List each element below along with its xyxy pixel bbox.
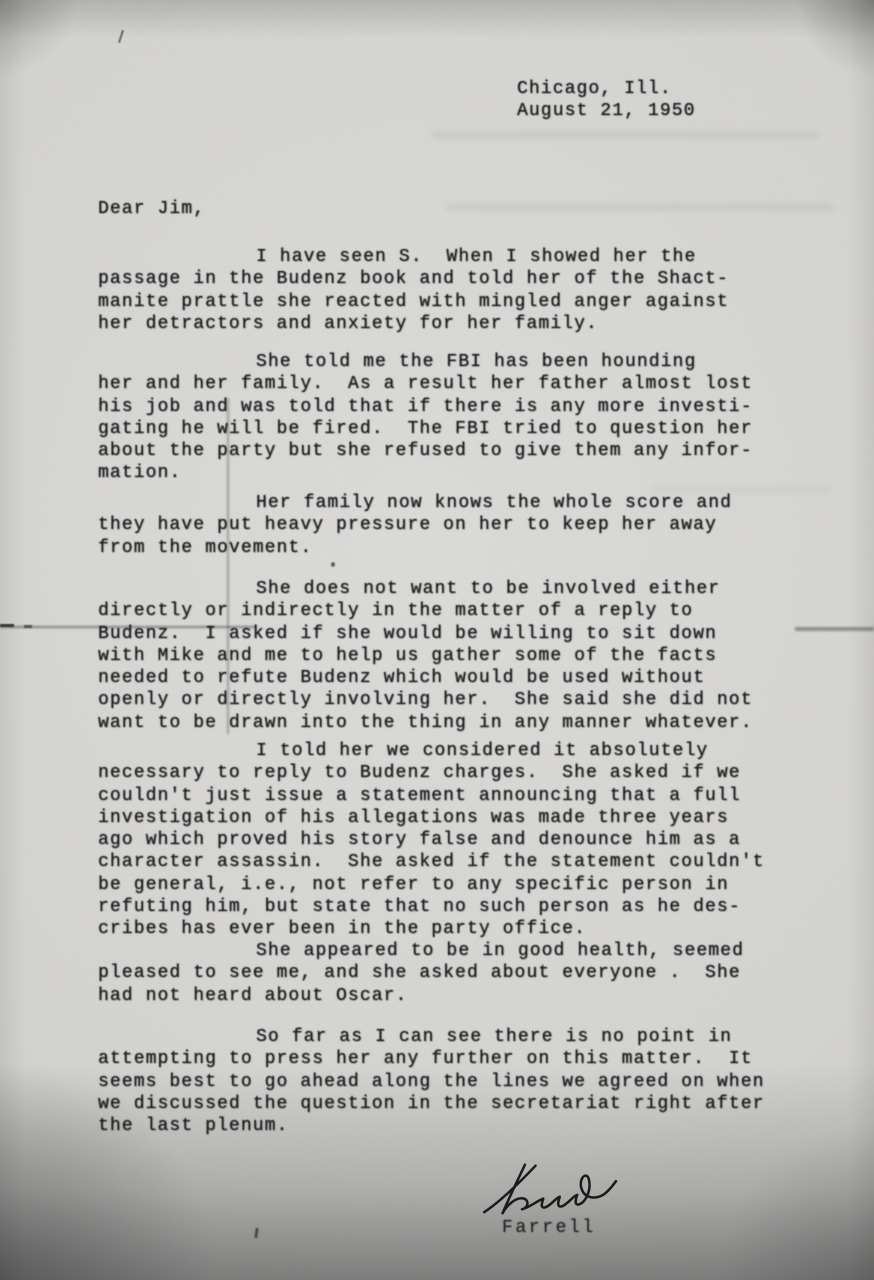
dateline-city: Chicago, Ill. [517, 78, 696, 100]
letter-line: couldn't just issue a statement announci… [98, 785, 765, 807]
typed-signature: Farrell [502, 1218, 596, 1238]
letter-line: about the party but she refused to give … [98, 440, 753, 462]
scanned-letter-page: { "letter": { "dateline": ["Chicago, Ill… [0, 0, 874, 1280]
paragraph: She told me the FBI has been houndingher… [98, 351, 753, 485]
letter-line: I have seen S. When I showed her the [98, 246, 729, 268]
letter-line: She told me the FBI has been hounding [98, 351, 753, 373]
letter-line: refuting him, but state that no such per… [98, 896, 765, 918]
handwritten-signature [480, 1156, 626, 1218]
paragraph: She does not want to be involved eitherd… [98, 578, 753, 734]
letter-line: her and her family. As a result her fath… [98, 373, 753, 395]
paragraph: So far as I can see there is no point in… [98, 1026, 765, 1137]
letter-line: Her family now knows the whole score and [98, 492, 732, 514]
letter-line: directly or indirectly in the matter of … [98, 600, 753, 622]
letter-line: Budenz. I asked if she would be willing … [98, 623, 753, 645]
letter-line: with Mike and me to help us gather some … [98, 645, 753, 667]
paragraph: I have seen S. When I showed her thepass… [98, 246, 729, 335]
letter-line: from the movement. [98, 537, 732, 559]
paragraph: I told her we considered it absolutelyne… [98, 740, 765, 941]
letter-line: ago which proved his story false and den… [98, 829, 765, 851]
letter-line: her detractors and anxiety for her famil… [98, 313, 729, 335]
letter-line: I told her we considered it absolutely [98, 740, 765, 762]
letter-line: the last plenum. [98, 1115, 765, 1137]
letter-line: necessary to reply to Budenz charges. Sh… [98, 762, 765, 784]
letter-line: manite prattle she reacted with mingled … [98, 291, 729, 313]
letter-line: character assassin. She asked if the sta… [98, 851, 765, 873]
letter-line: had not heard about Oscar. [98, 985, 744, 1007]
letter-line: be general, i.e., not refer to any speci… [98, 874, 765, 896]
paragraph: She appeared to be in good health, seeme… [98, 940, 744, 1007]
letter-line: passage in the Budenz book and told her … [98, 268, 729, 290]
dateline: Chicago, Ill. August 21, 1950 [517, 78, 696, 123]
paragraph: Her family now knows the whole score and… [98, 492, 732, 559]
letter-line: attempting to press her any further on t… [98, 1048, 765, 1070]
dateline-date: August 21, 1950 [517, 100, 696, 122]
letter-line: pleased to see me, and she asked about e… [98, 962, 744, 984]
letter-line: She appeared to be in good health, seeme… [98, 940, 744, 962]
salutation: Dear Jim, [98, 198, 205, 220]
letter-line: So far as I can see there is no point in [98, 1026, 765, 1048]
letter-line: She does not want to be involved either [98, 578, 753, 600]
letter-line: they have put heavy pressure on her to k… [98, 514, 732, 536]
letter-line: cribes has ever been in the party office… [98, 918, 765, 940]
letter-line: mation. [98, 462, 753, 484]
letter-body: Chicago, Ill. August 21, 1950 Dear Jim, … [0, 0, 874, 1280]
letter-line: want to be drawn into the thing in any m… [98, 712, 753, 734]
letter-line: openly or directly involving her. She sa… [98, 689, 753, 711]
letter-line: seems best to go ahead along the lines w… [98, 1071, 765, 1093]
signature-block: Farrell [480, 1156, 626, 1218]
letter-line: his job and was told that if there is an… [98, 396, 753, 418]
letter-line: investigation of his allegations was mad… [98, 807, 765, 829]
letter-line: we discussed the question in the secreta… [98, 1093, 765, 1115]
letter-line: gating he will be fired. The FBI tried t… [98, 418, 753, 440]
letter-line: needed to refute Budenz which would be u… [98, 667, 753, 689]
